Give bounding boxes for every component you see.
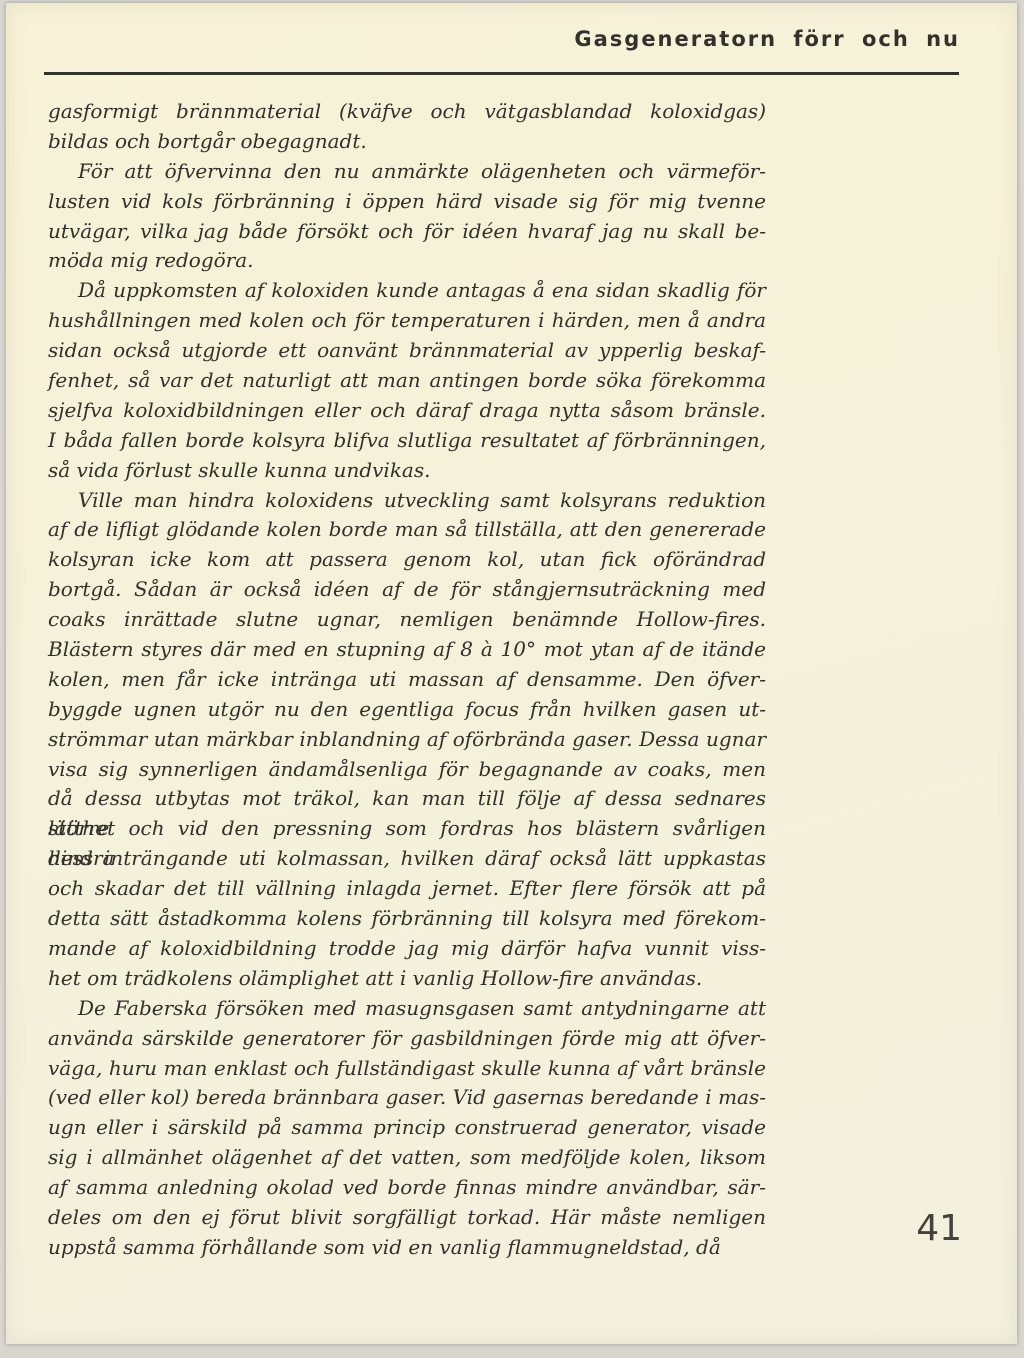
text-line: väga, huru man enklast och fullständigas…	[48, 1054, 766, 1084]
text-line: uppstå samma förhållande som vid en vanl…	[48, 1233, 766, 1263]
running-header: Gasgeneratorn förr och nu	[574, 27, 960, 51]
text-line: dess inträngande uti kolmassan, hvilken …	[48, 844, 766, 874]
text-line: I båda fallen borde kolsyra blifva slutl…	[48, 426, 766, 456]
text-line: Blästern styres där med en stupning af 8…	[48, 635, 766, 665]
body-text: gasformigt brännmaterial (kväfve och vät…	[48, 97, 766, 1263]
text-line: strömmar utan märkbar inblandning af ofö…	[48, 725, 766, 755]
text-line: sjelfva koloxidbildningen eller och dära…	[48, 396, 766, 426]
text-line: af de lifligt glödande kolen borde man s…	[48, 515, 766, 545]
text-line: utvägar, vilka jag både försökt och för …	[48, 217, 766, 247]
text-line: sig i allmänhet olägenhet af det vatten,…	[48, 1143, 766, 1173]
text-line: så vida förlust skulle kunna undvikas.	[48, 456, 766, 486]
text-line: använda särskilde generatorer för gasbil…	[48, 1024, 766, 1054]
text-line: fenhet, så var det naturligt att man ant…	[48, 366, 766, 396]
text-line: Ville man hindra koloxidens utveckling s…	[48, 486, 766, 516]
text-line: ugn eller i särskild på samma princip co…	[48, 1113, 766, 1143]
text-line: deles om den ej förut blivit sorgfälligt…	[48, 1203, 766, 1233]
text-line: De Faberska försöken med masugnsgasen sa…	[48, 994, 766, 1024]
text-line: möda mig redogöra.	[48, 246, 766, 276]
text-line: kolsyran icke kom att passera genom kol,…	[48, 545, 766, 575]
text-line: bildas och bortgår obegagnadt.	[48, 127, 766, 157]
text-line: Då uppkomsten af koloxiden kunde antagas…	[48, 276, 766, 306]
text-line: (ved eller kol) bereda brännbara gaser. …	[48, 1083, 766, 1113]
text-line: het om trädkolens olämplighet att i vanl…	[48, 964, 766, 994]
text-line: kolen, men får icke intränga uti massan …	[48, 665, 766, 695]
text-line: mande af koloxidbildning trodde jag mig …	[48, 934, 766, 964]
text-line: byggde ugnen utgör nu den egentliga focu…	[48, 695, 766, 725]
text-line: af samma anledning okolad ved borde finn…	[48, 1173, 766, 1203]
text-line: lusten vid kols förbränning i öppen härd…	[48, 187, 766, 217]
text-line: coaks inrättade slutne ugnar, nemligen b…	[48, 605, 766, 635]
text-line: bortgå. Sådan är också idéen af de för s…	[48, 575, 766, 605]
text-line: visa sig synnerligen ändamålsenliga för …	[48, 755, 766, 785]
text-line: sidan också utgjorde ett oanvänt brännma…	[48, 336, 766, 366]
page-number: 41	[916, 1208, 962, 1250]
text-line: För att öfvervinna den nu anmärkte oläge…	[48, 157, 766, 187]
text-line: och skadar det till vällning inlagda jer…	[48, 874, 766, 904]
text-line: hushållningen med kolen och för temperat…	[48, 306, 766, 336]
text-line: lätthet och vid den pressning som fordra…	[48, 814, 766, 844]
text-line: detta sätt åstadkomma kolens förbränning…	[48, 904, 766, 934]
text-line: då dessa utbytas mot träkol, kan man til…	[48, 784, 766, 814]
text-line: gasformigt brännmaterial (kväfve och vät…	[48, 97, 766, 127]
header-rule	[44, 72, 959, 75]
